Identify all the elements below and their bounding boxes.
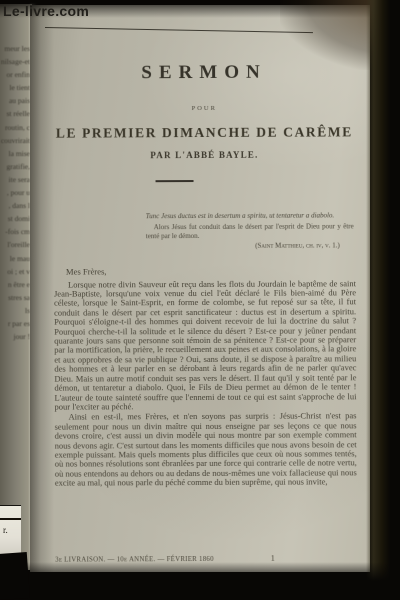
- page-content: SERMON POUR LE PREMIER DIMANCHE DE CARÊM…: [29, 4, 371, 572]
- section-rule: [156, 180, 194, 182]
- author-line: PAR L'ABBÉ BAYLE.: [53, 149, 355, 160]
- facing-page-edge: meur lesnilsage-etor enfinle tientau pai…: [0, 4, 32, 570]
- facing-page-fragment: oi ; et v: [0, 265, 30, 278]
- salutation: Mes Frères,: [66, 265, 356, 276]
- facing-page-fragment: , dans l: [0, 199, 30, 212]
- scanned-book-photo: meur lesnilsage-etor enfinle tientau pai…: [0, 0, 400, 600]
- body-paragraph-2: Ainsi en est-il, mes Frères, et n'en soy…: [55, 412, 357, 489]
- facing-page-fragment: le tient: [0, 81, 30, 94]
- facing-page-fragment: couvrirait: [0, 134, 30, 147]
- facing-page-fragment: gratifie,: [0, 160, 30, 173]
- facing-page-fragment: le mau: [0, 252, 30, 265]
- facing-page-fragment: stres sa: [0, 291, 30, 304]
- epigraph-source: (Saint Matthieu, ch. iv, v. 1.): [146, 242, 354, 251]
- facing-page-fragment: routin, c: [0, 121, 30, 134]
- photo-bottom-shadow: [0, 562, 400, 600]
- facing-page-fragment: or enfin: [0, 68, 30, 81]
- bottom-left-shadow: [0, 552, 30, 600]
- watermark-text: Le-livre.com: [3, 3, 89, 19]
- facing-page-fragment: st domi: [0, 212, 30, 225]
- sermon-occasion-title: LE PREMIER DIMANCHE DE CARÊME: [53, 124, 355, 141]
- epigraph: Tunc Jesus ductus est in desertum a spir…: [146, 211, 354, 251]
- facing-page-fragment: -fois cm: [0, 225, 30, 238]
- epigraph-french: Alors Jésus fut conduit dans le désert p…: [146, 223, 354, 241]
- book-fore-edge: [366, 0, 400, 600]
- facing-page-fragment: l'oreille: [0, 238, 30, 251]
- facing-page-fragment: ite sera: [0, 173, 30, 186]
- facing-page-fragment: meur les: [0, 42, 30, 55]
- facing-page-fragment: r par es: [0, 317, 30, 330]
- facing-page-fragment: au pais: [0, 94, 30, 107]
- facing-page-fragment: ls: [0, 304, 30, 317]
- facing-page-fragment: la mise: [0, 147, 30, 160]
- facing-page-fragment: n être e: [0, 278, 30, 291]
- epigraph-latin: Tunc Jesus ductus est in desertum a spir…: [146, 211, 354, 220]
- body-paragraph-1: Lorsque notre divin Sauveur eût reçu dan…: [54, 279, 357, 412]
- facing-page-fragment: st réelle: [0, 107, 30, 120]
- facing-page-text-fragments: meur lesnilsage-etor enfinle tientau pai…: [0, 42, 30, 343]
- facing-page-fragment: jour !: [0, 330, 30, 343]
- spine-label-rule: [0, 518, 21, 520]
- title-connector-word: POUR: [53, 104, 355, 112]
- spine-label-marks: r.: [3, 522, 8, 538]
- facing-page-fragment: nilsage-et: [0, 55, 30, 68]
- main-page: SERMON POUR LE PREMIER DIMANCHE DE CARÊM…: [30, 5, 370, 572]
- facing-page-fragment: , pour u: [0, 186, 30, 199]
